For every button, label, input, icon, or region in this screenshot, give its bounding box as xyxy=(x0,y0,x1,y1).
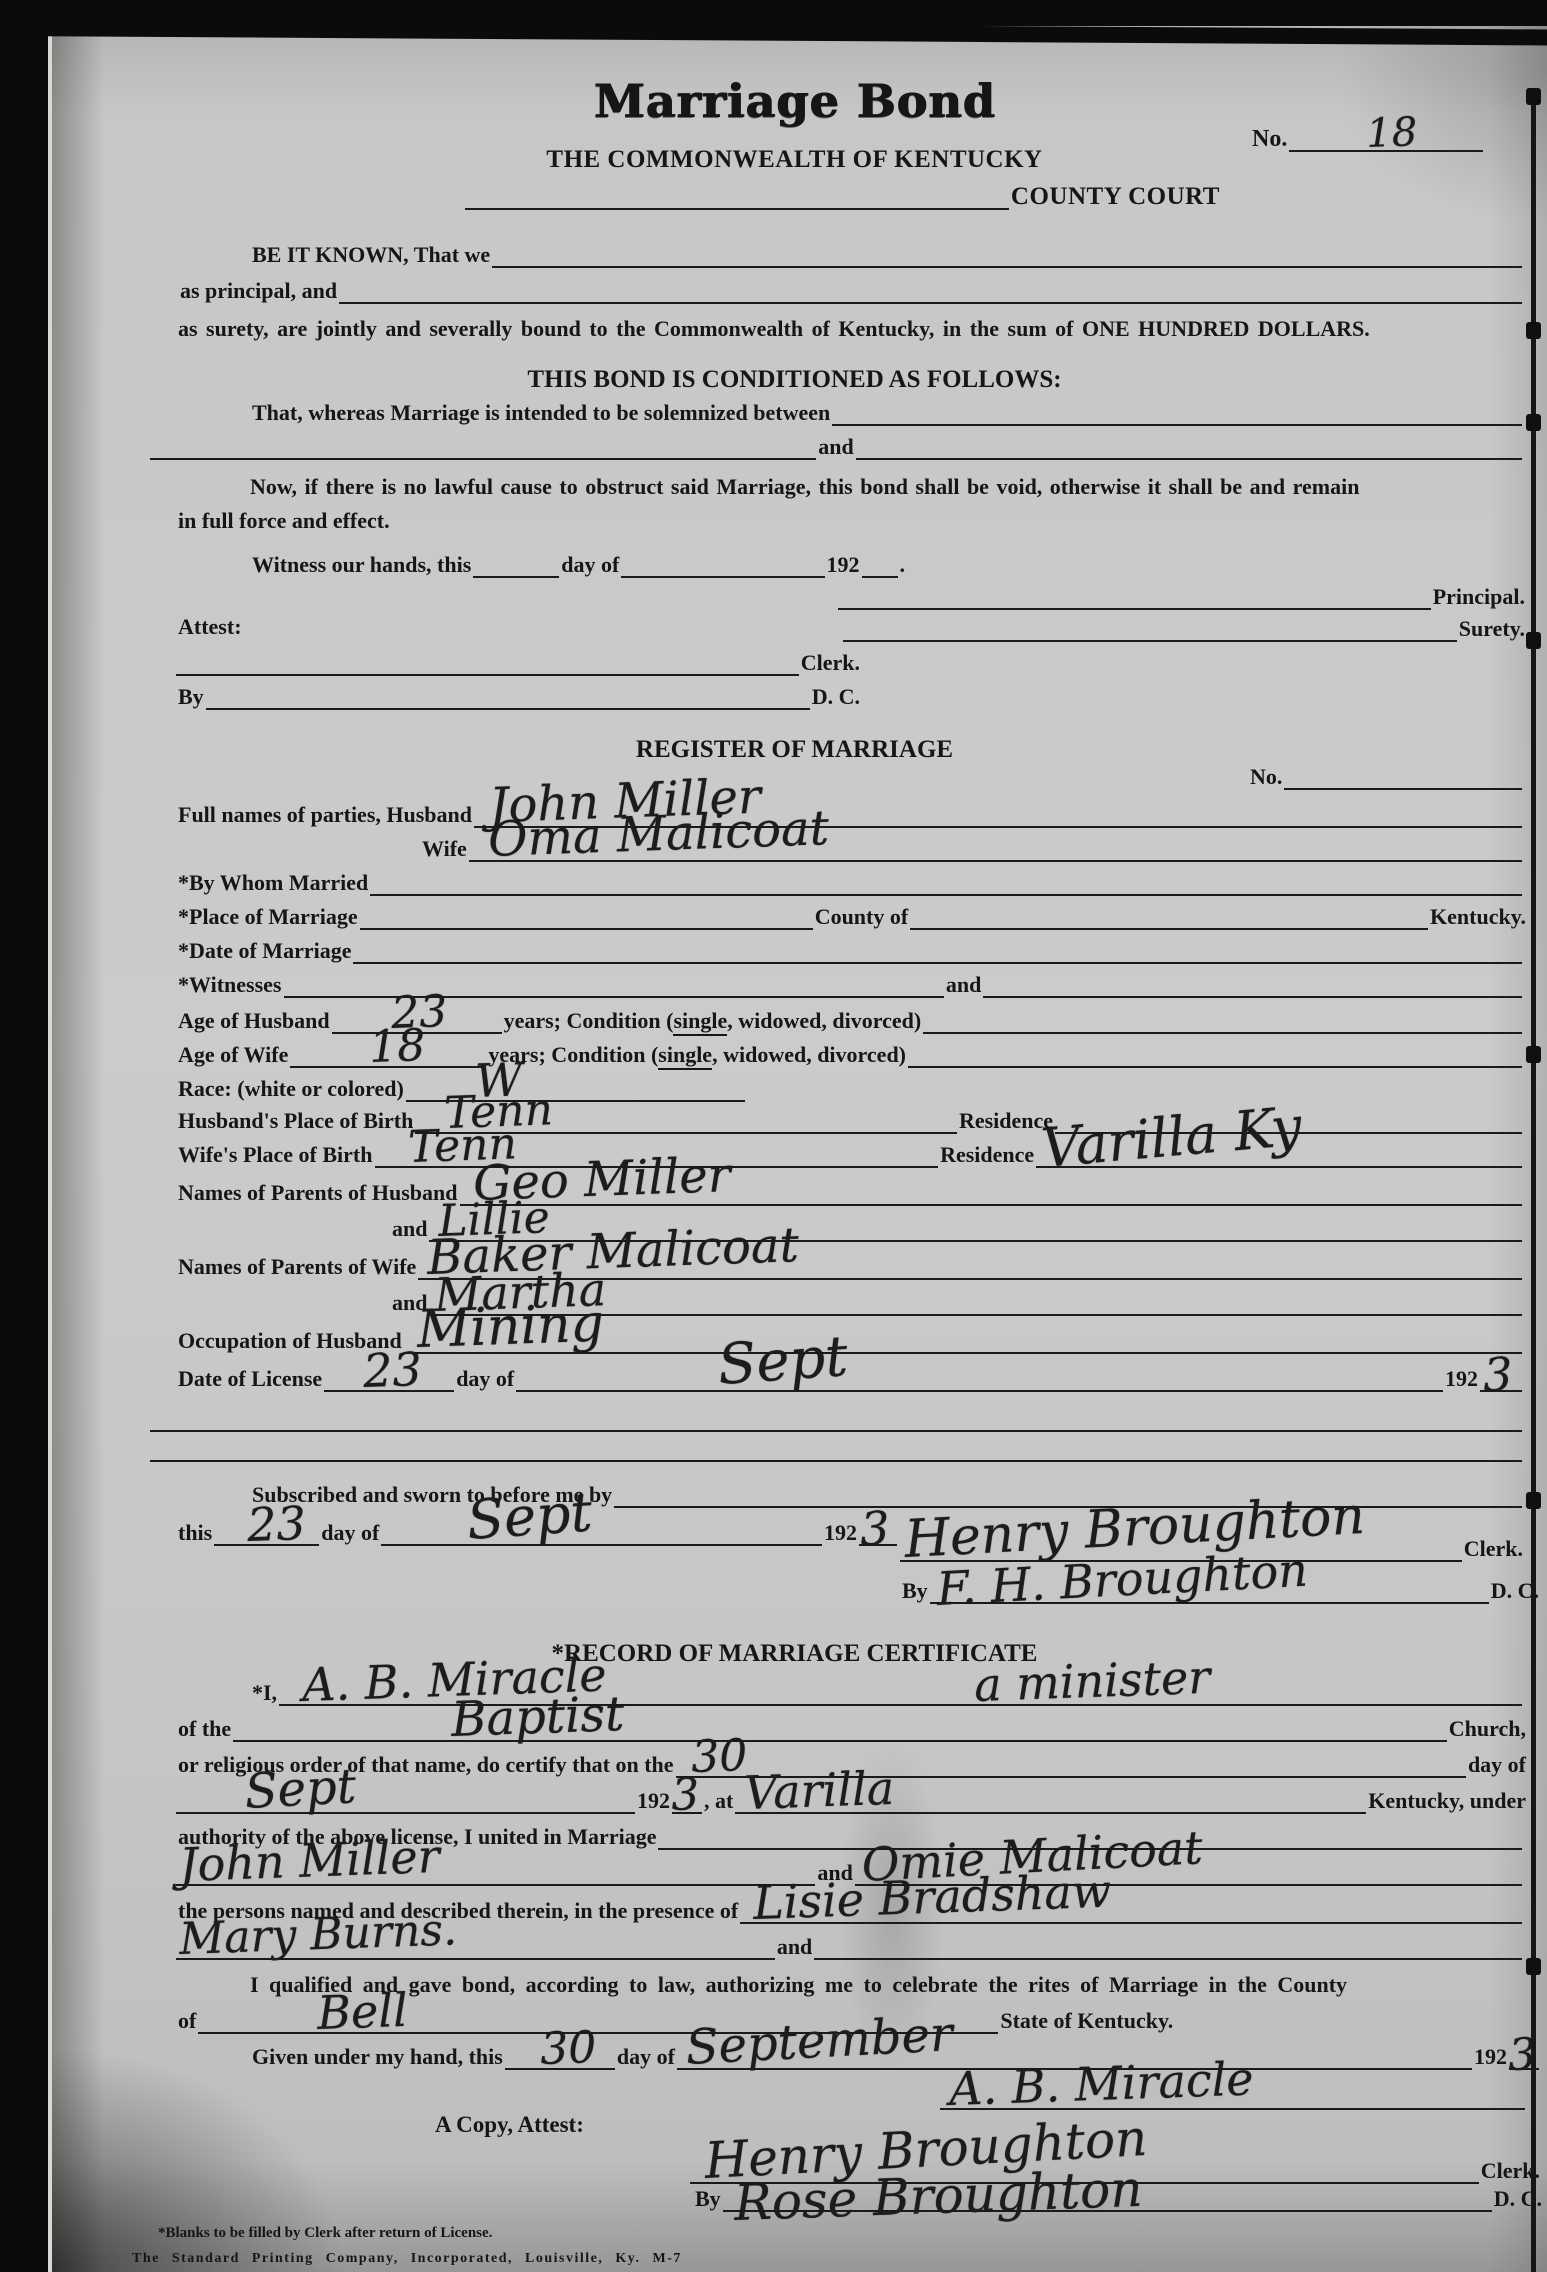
surety-name-line xyxy=(339,278,1522,304)
parents-husband-line: Geo Miller xyxy=(460,1180,1522,1206)
given-192-label: 192 xyxy=(1472,2044,1509,2070)
license-year-handwriting: 3 xyxy=(1482,1351,1513,1398)
subscribed-day-line: 23 xyxy=(214,1520,319,1546)
minister-signature-handwriting: A. B. Miracle xyxy=(948,2055,1254,2112)
subscribed-year-handwriting: 3 xyxy=(859,1505,890,1552)
be-it-known-label: BE IT KNOWN, That we xyxy=(250,242,492,268)
surety-signature-line xyxy=(843,616,1457,642)
surety-label: Surety. xyxy=(1457,616,1527,642)
county-name-line xyxy=(465,184,1009,210)
subscribed-by-label: By xyxy=(900,1578,930,1604)
date-marriage-line xyxy=(353,938,1522,964)
register-no-label: No. xyxy=(1248,764,1284,790)
given-label: Given under my hand, this xyxy=(250,2044,505,2070)
deputy-clerk-field: By D. C. xyxy=(176,682,862,710)
cond-pre: years; Condition ( xyxy=(504,1008,674,1033)
witnesses-line-right xyxy=(983,972,1522,998)
witness3-line xyxy=(814,1934,1522,1960)
principal-name-line xyxy=(492,242,1522,268)
subscribed-deputy-field: By F. H. Broughton D. C. xyxy=(900,1576,1541,1604)
register-no-line xyxy=(1284,764,1522,790)
condition-husband-label: years; Condition (single, widowed, divor… xyxy=(502,1008,924,1034)
county-court-field: COUNTY COURT xyxy=(465,182,1222,210)
license-day-line: 23 xyxy=(324,1366,454,1392)
witness2-field: Mary Burns. and xyxy=(176,1932,1522,1960)
husband-birth-field: Husband's Place of Birth Tenn Residence xyxy=(176,1106,1522,1134)
as-principal-label: as principal, and xyxy=(178,278,339,304)
year-192-label: 192 xyxy=(825,552,862,578)
witness1-line: Lisie Bradshaw xyxy=(740,1898,1522,1924)
witness-day-line xyxy=(473,552,559,578)
witness-hands-field: Witness our hands, this day of 192 . xyxy=(250,550,907,578)
church-handwriting: Baptist xyxy=(450,1690,625,1744)
binding-knot xyxy=(1526,1958,1541,1975)
solemnized-line xyxy=(832,400,1522,426)
copy-attest-label: A Copy, Attest: xyxy=(435,2112,584,2138)
witness-prefix-label: Witness our hands, this xyxy=(250,552,473,578)
document-title: Marriage Bond xyxy=(52,74,1537,128)
blank-rule-2 xyxy=(150,1460,1522,1462)
cert-year-handwriting: 3 xyxy=(670,1773,700,1818)
binding-knot xyxy=(1526,1046,1541,1063)
subscribed-month-handwriting: Sept xyxy=(466,1485,595,1548)
subscribed-day-handwriting: 23 xyxy=(247,1500,307,1548)
cert-place-line: Varilla xyxy=(735,1788,1366,1814)
witnesses-field: *Witnesses and xyxy=(176,970,1522,998)
now-clause-text: Now, if there is no lawful cause to obst… xyxy=(250,474,1533,500)
age-wife-label: Age of Wife xyxy=(176,1042,290,1068)
deputy-clerk-line xyxy=(206,684,810,710)
cert-year-line: 3 xyxy=(672,1788,702,1814)
witness2-line: Mary Burns. xyxy=(176,1934,775,1960)
fine-print-printer: The Standard Printing Company, Incorpora… xyxy=(132,2246,682,2272)
kentucky-under-label: Kentucky, under xyxy=(1366,1788,1528,1814)
husband-name-field: Full names of parties, Husband John Mill… xyxy=(176,800,1522,828)
wife-birth-label: Wife's Place of Birth xyxy=(176,1142,375,1168)
cond-single: single xyxy=(673,1008,727,1036)
principal-label: Principal. xyxy=(1431,584,1527,610)
register-heading: REGISTER OF MARRIAGE xyxy=(52,736,1537,764)
and-label: and xyxy=(816,434,855,460)
by-whom-label: *By Whom Married xyxy=(176,870,370,896)
wife-label: Wife xyxy=(420,836,469,862)
county-bell-field: of Bell State of Kentucky. xyxy=(176,2006,1185,2034)
age-husband-label: Age of Husband xyxy=(176,1008,332,1034)
condition-wife-label: years; Condition (single, widowed, divor… xyxy=(486,1042,908,1068)
of-label: of xyxy=(176,2008,198,2034)
date-marriage-label: *Date of Marriage xyxy=(176,938,353,964)
united-husband-handwriting: John Miller xyxy=(178,1833,440,1888)
binding-knot xyxy=(1526,88,1541,105)
certificate-heading: *RECORD OF MARRIAGE CERTIFICATE xyxy=(52,1640,1537,1668)
binding-knot xyxy=(1526,632,1541,649)
wife-name-handwriting: Oma Malicoat xyxy=(487,804,829,864)
cert-month-handwriting: Sept xyxy=(243,1762,357,1816)
license-month-line: Sept xyxy=(516,1366,1443,1392)
cert-day-handwriting: 30 xyxy=(690,1734,748,1780)
fine-print-blanks: *Blanks to be filled by Clerk after retu… xyxy=(158,2220,492,2246)
be-it-known-field: BE IT KNOWN, That we xyxy=(250,240,1522,268)
attest-deputy-handwriting: Rose Broughton xyxy=(733,2164,1143,2228)
clerk-signature-line xyxy=(176,650,799,676)
age-wife-handwriting: 18 xyxy=(369,1024,427,1070)
county-court-label: COUNTY COURT xyxy=(1009,184,1222,210)
wife-residence-label: Residence xyxy=(938,1142,1036,1168)
cond-post: , widowed, divorced) xyxy=(727,1008,921,1033)
commonwealth-heading: THE COMMONWEALTH OF KENTUCKY xyxy=(52,146,1537,174)
i-label: *I, xyxy=(250,1680,279,1706)
cert-month-line: Sept xyxy=(176,1788,635,1814)
race-label: Race: (white or colored) xyxy=(176,1076,406,1102)
minister-signature-field: A. B. Miracle xyxy=(940,2082,1525,2110)
by-whom-married-field: *By Whom Married xyxy=(176,868,1522,896)
principal-signature-field: Principal. xyxy=(838,582,1527,610)
witnesses-label: *Witnesses xyxy=(176,972,284,998)
state-kentucky-label: State of Kentucky. xyxy=(998,2008,1175,2034)
church-field: of the Baptist Church, xyxy=(176,1714,1528,1742)
as-surety-text: as surety, are jointly and severally bou… xyxy=(178,316,1533,342)
condition-wife-line xyxy=(908,1042,1522,1068)
by-whom-line xyxy=(370,870,1522,896)
wife-name-field: Wife Oma Malicoat xyxy=(420,834,1522,862)
license-day-handwriting: 23 xyxy=(363,1346,423,1394)
cond-post-2: , widowed, divorced) xyxy=(712,1042,906,1067)
cert-192-label: 192 xyxy=(635,1788,672,1814)
attest-dc-label: D. C. xyxy=(1492,2186,1544,2212)
and-field: and xyxy=(150,432,1522,460)
wife-birth-field: Wife's Place of Birth Tenn Residence Var… xyxy=(176,1140,1522,1168)
and-label-1: and xyxy=(390,1216,429,1242)
given-day-of-label: day of xyxy=(615,2044,677,2070)
place-of-marriage-field: *Place of Marriage County of Kentucky. xyxy=(176,902,1528,930)
attest-by-label: By xyxy=(693,2186,723,2212)
witness2-handwriting: Mary Burns. xyxy=(178,1908,457,1962)
parents-husband-field: Names of Parents of Husband Geo Miller xyxy=(176,1178,1522,1206)
principal-signature-line xyxy=(838,584,1431,610)
clerk-signature-field: Clerk. xyxy=(176,648,862,676)
date-of-license-field: Date of License 23 day of Sept 192 3 xyxy=(176,1364,1522,1392)
given-month-handwriting: September xyxy=(684,2010,953,2072)
occupation-line: Mining xyxy=(404,1328,1522,1354)
wife-name-line: Oma Malicoat xyxy=(469,836,1522,862)
given-day-handwriting: 30 xyxy=(539,2026,597,2072)
age-of-wife-field: Age of Wife 18 years; Condition (single,… xyxy=(176,1040,1522,1068)
condition-husband-line xyxy=(923,1008,1522,1034)
binding-knot xyxy=(1526,1492,1541,1509)
comma-at-label: , at xyxy=(702,1788,735,1814)
county-line xyxy=(910,904,1428,930)
witnesses-line-left xyxy=(284,972,944,998)
age-wife-line: 18 xyxy=(290,1042,486,1068)
of-the-label: of the xyxy=(176,1716,233,1742)
witness-month-line xyxy=(621,552,824,578)
license-year-line: 3 xyxy=(1480,1366,1522,1392)
by-label: By xyxy=(176,684,206,710)
full-names-label: Full names of parties, Husband xyxy=(176,802,474,828)
parents-husband-label: Names of Parents of Husband xyxy=(176,1180,460,1206)
license-month-handwriting: Sept xyxy=(716,1329,849,1394)
conditioned-heading: THIS BOND IS CONDITIONED AS FOLLOWS: xyxy=(52,366,1537,394)
license-192-label: 192 xyxy=(1443,1366,1480,1392)
county-of-label: County of xyxy=(813,904,911,930)
subscribed-deputy-line: F. H. Broughton xyxy=(930,1578,1489,1604)
attest-label: Attest: xyxy=(178,614,242,640)
county-bell-handwriting: Bell xyxy=(317,1987,409,2036)
blank-rule-1 xyxy=(150,1430,1522,1432)
witness1-handwriting: Lisie Bradshaw xyxy=(753,1868,1113,1926)
husband-birth-label: Husband's Place of Birth xyxy=(176,1108,415,1134)
minister-title-handwriting: a minister xyxy=(973,1654,1210,1708)
given-day-line: 30 xyxy=(505,2044,615,2070)
parents-wife-label: Names of Parents of Wife xyxy=(176,1254,418,1280)
this-label: this xyxy=(176,1520,214,1546)
subscribed-clerk-label: Clerk. xyxy=(1462,1536,1525,1562)
occupation-handwriting: Mining xyxy=(416,1298,604,1356)
period-label: . xyxy=(898,552,908,578)
and-line-left xyxy=(150,434,816,460)
church-line: Baptist xyxy=(233,1716,1447,1742)
binding-knot xyxy=(1526,322,1541,339)
attest-deputy-line: Rose Broughton xyxy=(723,2186,1492,2212)
register-number-field: No. xyxy=(1248,762,1522,790)
minister-signature-line: A. B. Miracle xyxy=(940,2084,1525,2110)
qualified-text: I qualified and gave bond, according to … xyxy=(250,1972,1533,1998)
license-label: Date of License xyxy=(176,1366,324,1392)
place-label: *Place of Marriage xyxy=(176,904,360,930)
subscribed-192-label: 192 xyxy=(822,1520,859,1546)
subscribed-date-field: this 23 day of Sept 192 3 xyxy=(176,1518,897,1546)
clerk-label: Clerk. xyxy=(799,650,862,676)
cert-month-field: Sept 192 3 , at Varilla Kentucky, under xyxy=(176,1786,1528,1814)
surety-signature-field: Surety. xyxy=(843,614,1527,642)
as-principal-field: as principal, and xyxy=(178,276,1522,304)
cond-single-2: single xyxy=(658,1042,712,1070)
license-day-of-label: day of xyxy=(454,1366,516,1392)
subscribed-year-line: 3 xyxy=(859,1520,897,1546)
date-of-marriage-field: *Date of Marriage xyxy=(176,936,1522,964)
witness-year-line xyxy=(862,552,898,578)
attest-deputy-field: By Rose Broughton D. C. xyxy=(693,2184,1544,2212)
whereas-label: That, whereas Marriage is intended to be… xyxy=(250,400,832,426)
whereas-field: That, whereas Marriage is intended to be… xyxy=(250,398,1522,426)
witnesses-and-label: and xyxy=(944,972,983,998)
given-hand-field: Given under my hand, this 30 day of Sept… xyxy=(250,2042,1539,2070)
and-line-right xyxy=(856,434,1522,460)
wife-residence-line: Varilla Ky xyxy=(1036,1142,1522,1168)
minister-field: *I, A. B. Miracle a minister xyxy=(250,1678,1522,1706)
cert-place-handwriting: Varilla xyxy=(744,1765,895,1816)
church-label: Church, xyxy=(1447,1716,1528,1742)
cert-day-of-label: day of xyxy=(1466,1752,1528,1778)
place-line xyxy=(360,904,813,930)
in-full-force-text: in full force and effect. xyxy=(178,508,390,534)
kentucky-label: Kentucky. xyxy=(1428,904,1528,930)
united-husband-line: John Miller xyxy=(176,1860,815,1886)
parents-wife-field: Names of Parents of Wife Baker Malicoat xyxy=(176,1252,1522,1280)
binding-knot xyxy=(1526,414,1541,431)
subscribed-day-of-label: day of xyxy=(319,1520,381,1546)
witness2-and-label: and xyxy=(775,1934,814,1960)
marriage-bond-document: Marriage Bond No. 18 THE COMMONWEALTH OF… xyxy=(0,0,1547,2272)
subscribed-month-line: Sept xyxy=(381,1520,822,1546)
dc-label: D. C. xyxy=(810,684,862,710)
day-of-label: day of xyxy=(559,552,621,578)
